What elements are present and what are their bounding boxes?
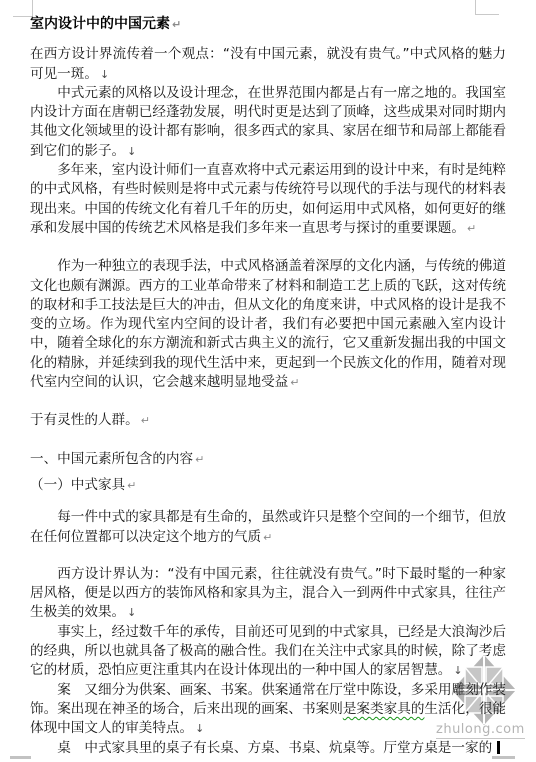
paragraph-an: 案 又细分为供案、画案、书案。供案通常在厅堂中陈设，多采用雕刻作装饰。案出现在神…	[30, 681, 506, 739]
heading-text: （一）中式家具	[30, 477, 125, 493]
paragraph-text: 于有灵性的人群。	[30, 412, 139, 428]
sub-heading: （一）中式家具↵	[30, 476, 506, 495]
paragraph-mark: ↵	[288, 376, 299, 389]
title-text: 室内设计中的中国元素	[30, 16, 170, 32]
paragraph-text: 西方设计界认为：“没有中国元素，往往就没有贵气。”时下最时髦的一种家居风格，便是…	[30, 566, 506, 621]
heading-text: 一、中国元素所包含的内容	[30, 451, 193, 467]
line-break-mark: ↓	[451, 664, 462, 677]
paragraph-text: 中式元素的风格以及设计理念，在世界范围内都是占有一席之地的。我国室内设计方面在唐…	[30, 85, 506, 159]
paragraph-mark: ↵	[170, 18, 181, 31]
paragraph-mark: ↵	[261, 531, 272, 544]
paragraph-text: 事实上，经过数千年的承传，目前还可见到的中式家具，已经是大浪淘沙后的经典，所以也…	[30, 624, 506, 679]
line-break-mark: ↓	[125, 145, 136, 158]
paragraph-expression: 作为一种独立的表现手法，中式风格涵盖着深厚的文化内涵，与传统的佛道文化也颇有渊源…	[30, 257, 506, 392]
paragraph-mark: ↵	[139, 414, 150, 427]
section-heading: 一、中国元素所包含的内容↵	[30, 450, 506, 469]
document-page: zhulong.com 室内设计中的中国元素↵ 在西方设计界流传着一个观点：“没…	[0, 0, 536, 762]
line-break-mark: ↓	[125, 606, 136, 619]
paragraph-text: 作为一种独立的表现手法，中式风格涵盖着深厚的文化内涵，与传统的佛道文化也颇有渊源…	[30, 258, 506, 390]
paragraph-zhuo: 桌 中式家具里的桌子有长桌、方桌、书桌、炕桌等。厅堂方桌是一家的	[30, 739, 506, 758]
paragraph-intro: 在西方设计界流传着一个观点：“没有中国元素，就没有贵气。”中式风格的魅力可见一斑…	[30, 45, 506, 84]
margin-mark-bottom-left	[10, 756, 31, 759]
paragraph-fact: 事实上，经过数千年的承传，目前还可见到的中式家具，已经是大浪淘沙后的经典，所以也…	[30, 623, 506, 681]
paragraph-years: 多年来，室内设计师们一直喜欢将中式元素运用到的设计中来，有时是纯粹的中式风格，有…	[30, 161, 506, 238]
line-break-mark: ↓	[193, 722, 204, 735]
margin-mark-top-right-vertical	[475, 0, 476, 14]
paragraph-mark: ↵	[465, 222, 476, 235]
spellcheck-flagged-text: 是案类家具的	[343, 701, 425, 717]
paragraph-furniture-life: 每一件中式的家具都是有生命的，虽然或许只是整个空间的一个细节，但放在任何位置都可…	[30, 508, 506, 547]
paragraph-spirit-tail: 于有灵性的人群。↵	[30, 411, 506, 430]
paragraph-text: 多年来，室内设计师们一直喜欢将中式元素运用到的设计中来，有时是纯粹的中式风格，有…	[30, 162, 506, 236]
paragraph-text: 桌 中式家具里的桌子有长桌、方桌、书桌、炕桌等。厅堂方桌是一家的	[57, 740, 492, 756]
paragraph-mark: ↵	[125, 479, 136, 492]
margin-mark-top-left-vertical	[32, 0, 33, 16]
paragraph-western-view: 西方设计界认为：“没有中国元素，往往就没有贵气。”时下最时髦的一种家居风格，便是…	[30, 565, 506, 623]
paragraph-history: 中式元素的风格以及设计理念，在世界范围内都是占有一席之地的。我国室内设计方面在唐…	[30, 84, 506, 161]
line-break-mark: ↓	[98, 68, 109, 81]
paragraph-mark: ↵	[193, 453, 204, 466]
text-cursor[interactable]	[497, 741, 500, 754]
document-content: 室内设计中的中国元素↵ 在西方设计界流传着一个观点：“没有中国元素，就没有贵气。…	[30, 15, 506, 758]
document-title: 室内设计中的中国元素↵	[30, 15, 506, 34]
